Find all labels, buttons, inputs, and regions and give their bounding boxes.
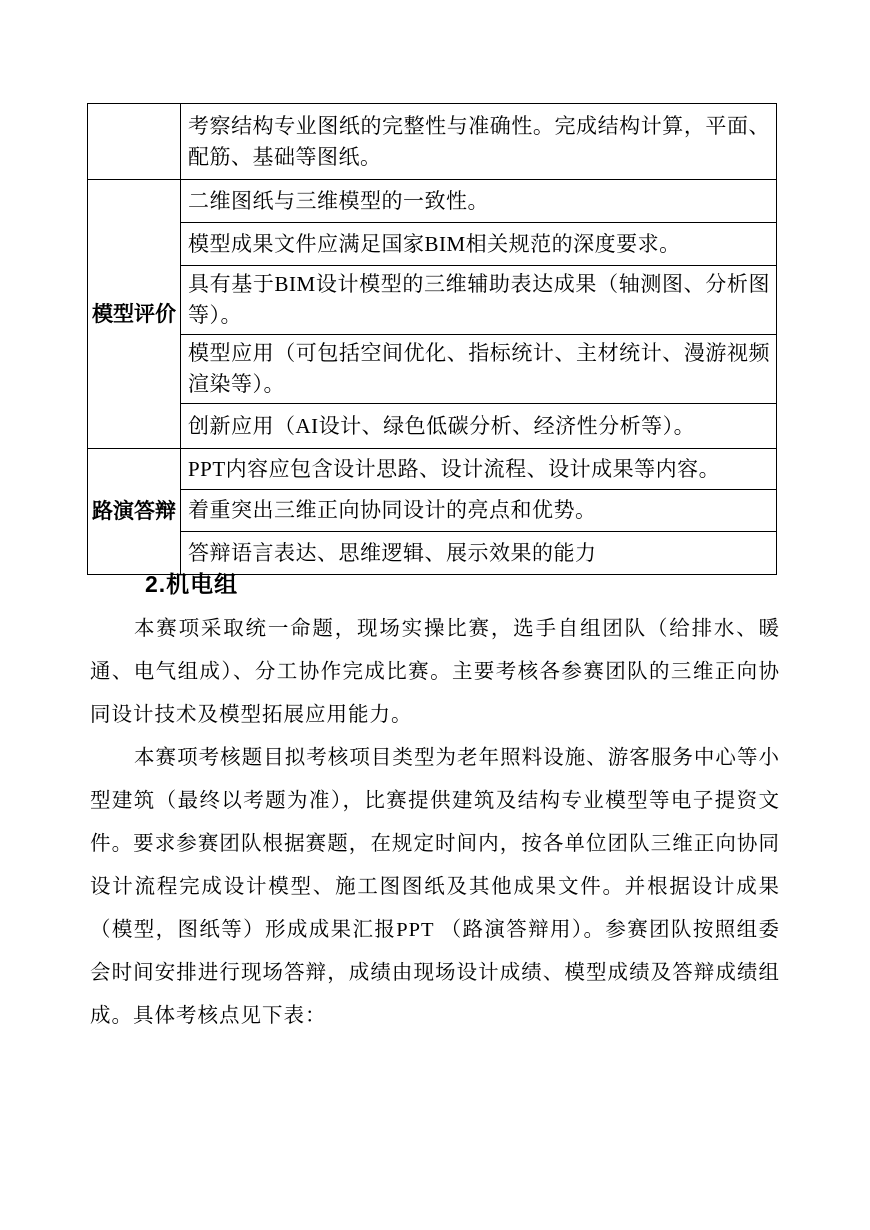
- section-content: 2.机电组 本赛项采取统一命题，现场实操比赛，选手自组团队（给排水、暖通、电气组…: [90, 563, 780, 1038]
- section-heading: 2.机电组: [145, 563, 780, 605]
- criteria-cell: 模型应用（可包括空间优化、指标统计、主材统计、漫游视频渲染等）。: [181, 335, 777, 404]
- criteria-cell: 二维图纸与三维模型的一致性。: [181, 180, 777, 223]
- evaluation-criteria-table: 考察结构专业图纸的完整性与准确性。完成结构计算，平面、配筋、基础等图纸。 模型评…: [87, 103, 777, 575]
- table-row: 着重突出三维正向协同设计的亮点和优势。: [88, 490, 777, 532]
- criteria-cell: 着重突出三维正向协同设计的亮点和优势。: [181, 490, 777, 532]
- table-row: 模型应用（可包括空间优化、指标统计、主材统计、漫游视频渲染等）。: [88, 335, 777, 404]
- table-row: 考察结构专业图纸的完整性与准确性。完成结构计算，平面、配筋、基础等图纸。: [88, 104, 777, 180]
- row-header-cell-model-evaluation: 模型评价: [88, 180, 181, 449]
- criteria-cell: 具有基于BIM设计模型的三维辅助表达成果（轴测图、分析图等）。: [181, 266, 777, 335]
- paragraph-details: 本赛项考核题目拟考核项目类型为老年照料设施、游客服务中心等小型建筑（最终以考题为…: [90, 737, 780, 1038]
- paragraph-intro: 本赛项采取统一命题，现场实操比赛，选手自组团队（给排水、暖通、电气组成）、分工协…: [90, 608, 780, 737]
- row-header-cell-empty: [88, 104, 181, 180]
- criteria-cell: 模型成果文件应满足国家BIM相关规范的深度要求。: [181, 223, 777, 266]
- table-row: 模型成果文件应满足国家BIM相关规范的深度要求。: [88, 223, 777, 266]
- criteria-cell: 创新应用（AI设计、绿色低碳分析、经济性分析等）。: [181, 404, 777, 449]
- table-row: 具有基于BIM设计模型的三维辅助表达成果（轴测图、分析图等）。: [88, 266, 777, 335]
- row-header-cell-roadshow-defense: 路演答辩: [88, 449, 181, 575]
- table-row: 模型评价 二维图纸与三维模型的一致性。: [88, 180, 777, 223]
- criteria-cell: 考察结构专业图纸的完整性与准确性。完成结构计算，平面、配筋、基础等图纸。: [181, 104, 777, 180]
- document-page: 考察结构专业图纸的完整性与准确性。完成结构计算，平面、配筋、基础等图纸。 模型评…: [0, 0, 870, 1230]
- table-row: 路演答辩 PPT内容应包含设计思路、设计流程、设计成果等内容。: [88, 449, 777, 490]
- table-row: 创新应用（AI设计、绿色低碳分析、经济性分析等）。: [88, 404, 777, 449]
- criteria-cell: PPT内容应包含设计思路、设计流程、设计成果等内容。: [181, 449, 777, 490]
